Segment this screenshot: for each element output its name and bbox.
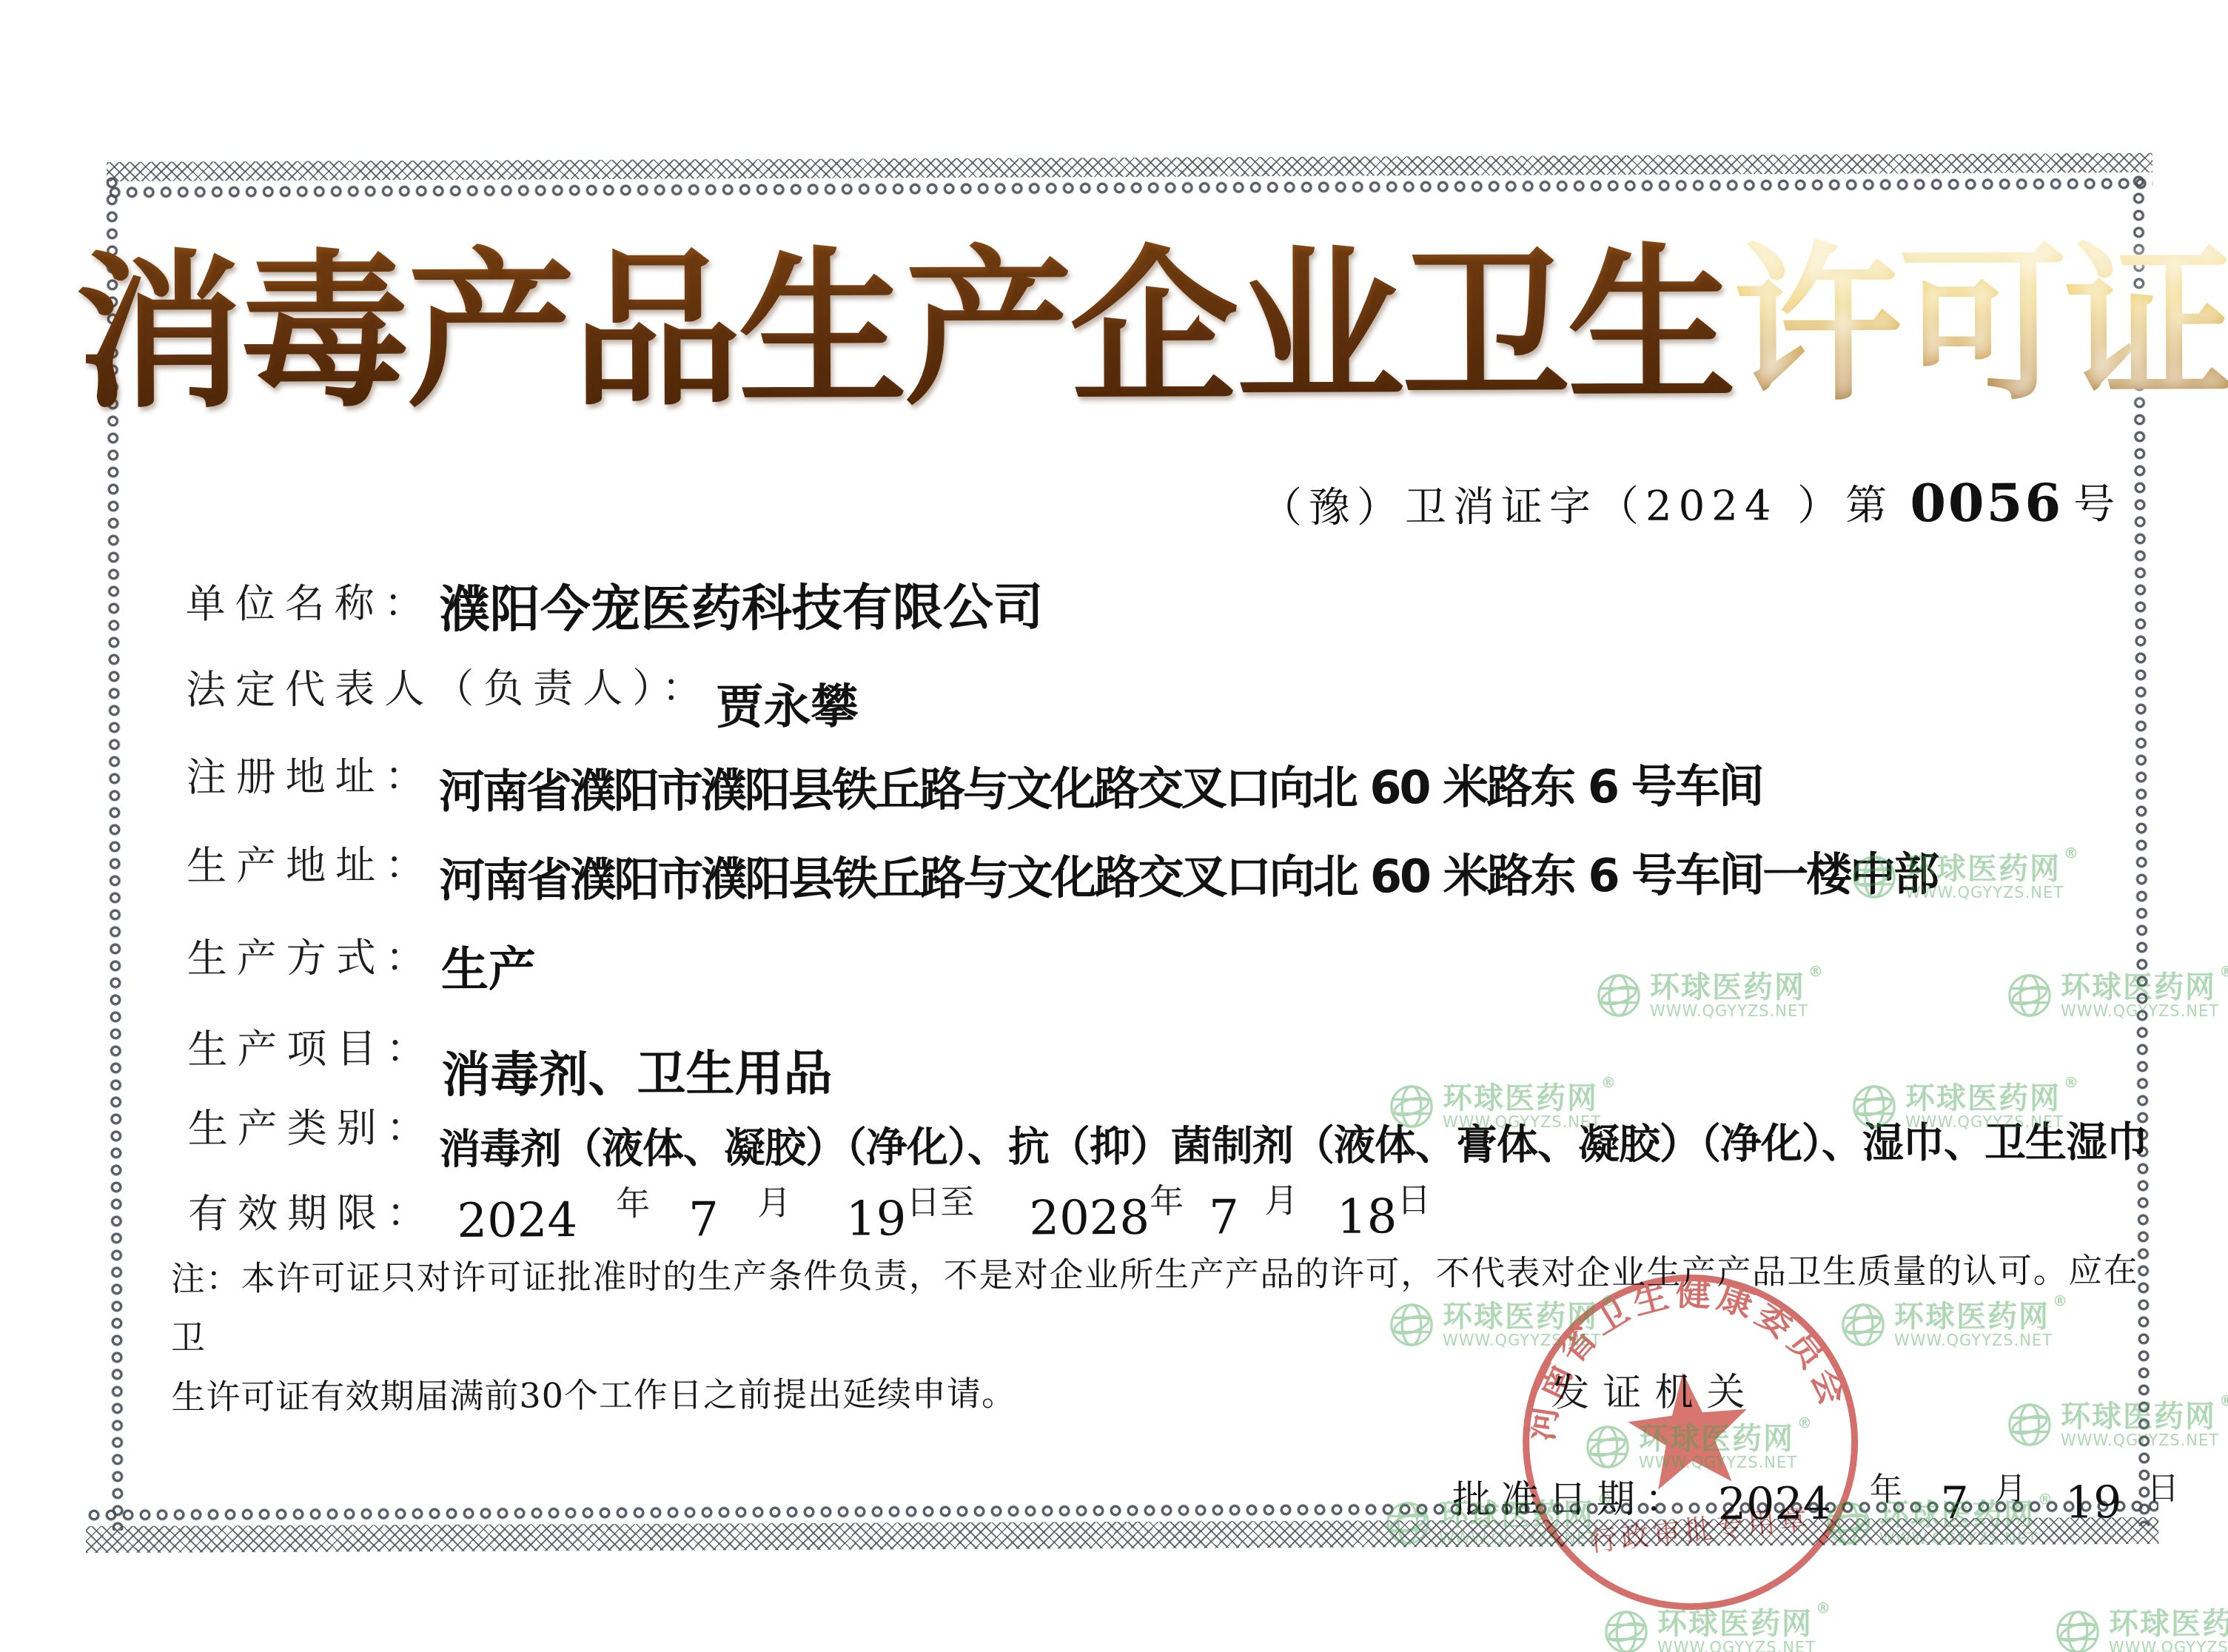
certificate-title-highlight: 许可证 <box>1732 224 2228 424</box>
validity-end-day: 18 <box>1337 1189 1397 1244</box>
approval-day: 19 <box>2065 1477 2122 1528</box>
validity-to-text: 至 <box>940 1175 974 1224</box>
field-label: 生产方式： <box>187 926 435 984</box>
certificate-page: 消毒产品生产企业卫生许可证 （豫）卫消证字（2024 ）第0056号 单位名称：… <box>0 0 2228 1652</box>
seal-bottom-text: 行政审批专用章 <box>1588 1502 1813 1559</box>
validity-day-unit: 日 <box>1397 1173 1431 1222</box>
field-value: 生产 <box>441 931 536 1000</box>
field-production-category: 生产类别：消毒剂（液体、凝胶）（净化）、抗（抑）菌制剂（液体、膏体、凝胶）（净化… <box>188 1087 2147 1155</box>
field-label: 法定代表人（负责人）： <box>186 656 711 715</box>
official-red-seal: 河南省卫生健康委员会 行政审批专用章 <box>1494 1246 1886 1638</box>
certificate-title: 消毒产品生产企业卫生许可证 <box>38 229 2228 427</box>
validity-end-month: 7 <box>1209 1190 1239 1245</box>
field-label: 生产项目： <box>187 1017 435 1075</box>
field-label: 注册地址： <box>187 745 434 802</box>
approval-day-unit: 日 <box>2147 1462 2179 1509</box>
field-value: 贾永攀 <box>716 669 858 738</box>
field-legal-representative: 法定代表人（负责人）：贾永攀 <box>186 647 858 718</box>
validity-start-month: 7 <box>688 1192 719 1247</box>
field-validity-period: 有效期限：2024年7月19日至2028年7月18日 <box>188 1177 1431 1239</box>
validity-day-unit: 日 <box>906 1175 940 1224</box>
field-registered-address: 注册地址：河南省濮阳市濮阳县铁丘路与文化路交叉口向北 60 米路东 6 号车间 <box>186 731 1762 804</box>
validity-start-day: 19 <box>846 1192 907 1246</box>
certificate-title-main: 消毒产品生产企业卫生 <box>74 226 1733 432</box>
validity-end-year: 2028 <box>1029 1191 1150 1246</box>
field-production-method: 生产方式：生产 <box>187 916 536 986</box>
field-label: 单位名称： <box>185 571 433 629</box>
field-label: 生产类别： <box>188 1096 436 1154</box>
certificate-number-suffix: 号 <box>2073 480 2121 528</box>
approval-month-unit: 月 <box>1994 1463 2027 1510</box>
seal-star <box>1623 1366 1754 1491</box>
field-production-address: 生产地址：河南省濮阳市濮阳县铁丘路与文化路交叉口向北 60 米路东 6 号车间一… <box>187 819 1937 893</box>
field-value: 河南省濮阳市濮阳县铁丘路与文化路交叉口向北 60 米路东 6 号车间一楼中部 <box>439 837 1937 910</box>
field-production-items: 生产项目：消毒剂、卫生用品 <box>187 1004 832 1078</box>
field-company-name: 单位名称：濮阳今宠医药科技有限公司 <box>185 557 1043 632</box>
validity-month-unit: 月 <box>757 1176 791 1225</box>
validity-year-unit: 年 <box>616 1177 650 1226</box>
certificate-number-prefix: （豫）卫消证字（2024 ）第 <box>1261 481 1894 532</box>
validity-year-unit: 年 <box>1150 1175 1184 1223</box>
field-value: 河南省濮阳市濮阳县铁丘路与文化路交叉口向北 60 米路东 6 号车间 <box>439 749 1762 821</box>
field-value: 消毒剂（液体、凝胶）（净化）、抗（抑）菌制剂（液体、膏体、凝胶）（净化）、湿巾、… <box>439 1109 2147 1176</box>
approval-month: 7 <box>1941 1477 1969 1529</box>
validity-start-year: 2024 <box>457 1193 577 1249</box>
field-value: 濮阳今宠医药科技有限公司 <box>439 567 1043 642</box>
field-label: 有效期限： <box>188 1181 436 1239</box>
validity-month-unit: 月 <box>1264 1174 1298 1223</box>
certificate-number: （豫）卫消证字（2024 ）第0056号 <box>1261 469 2122 534</box>
certificate-number-value: 0056 <box>1910 471 2063 534</box>
field-label: 生产地址： <box>187 833 434 891</box>
